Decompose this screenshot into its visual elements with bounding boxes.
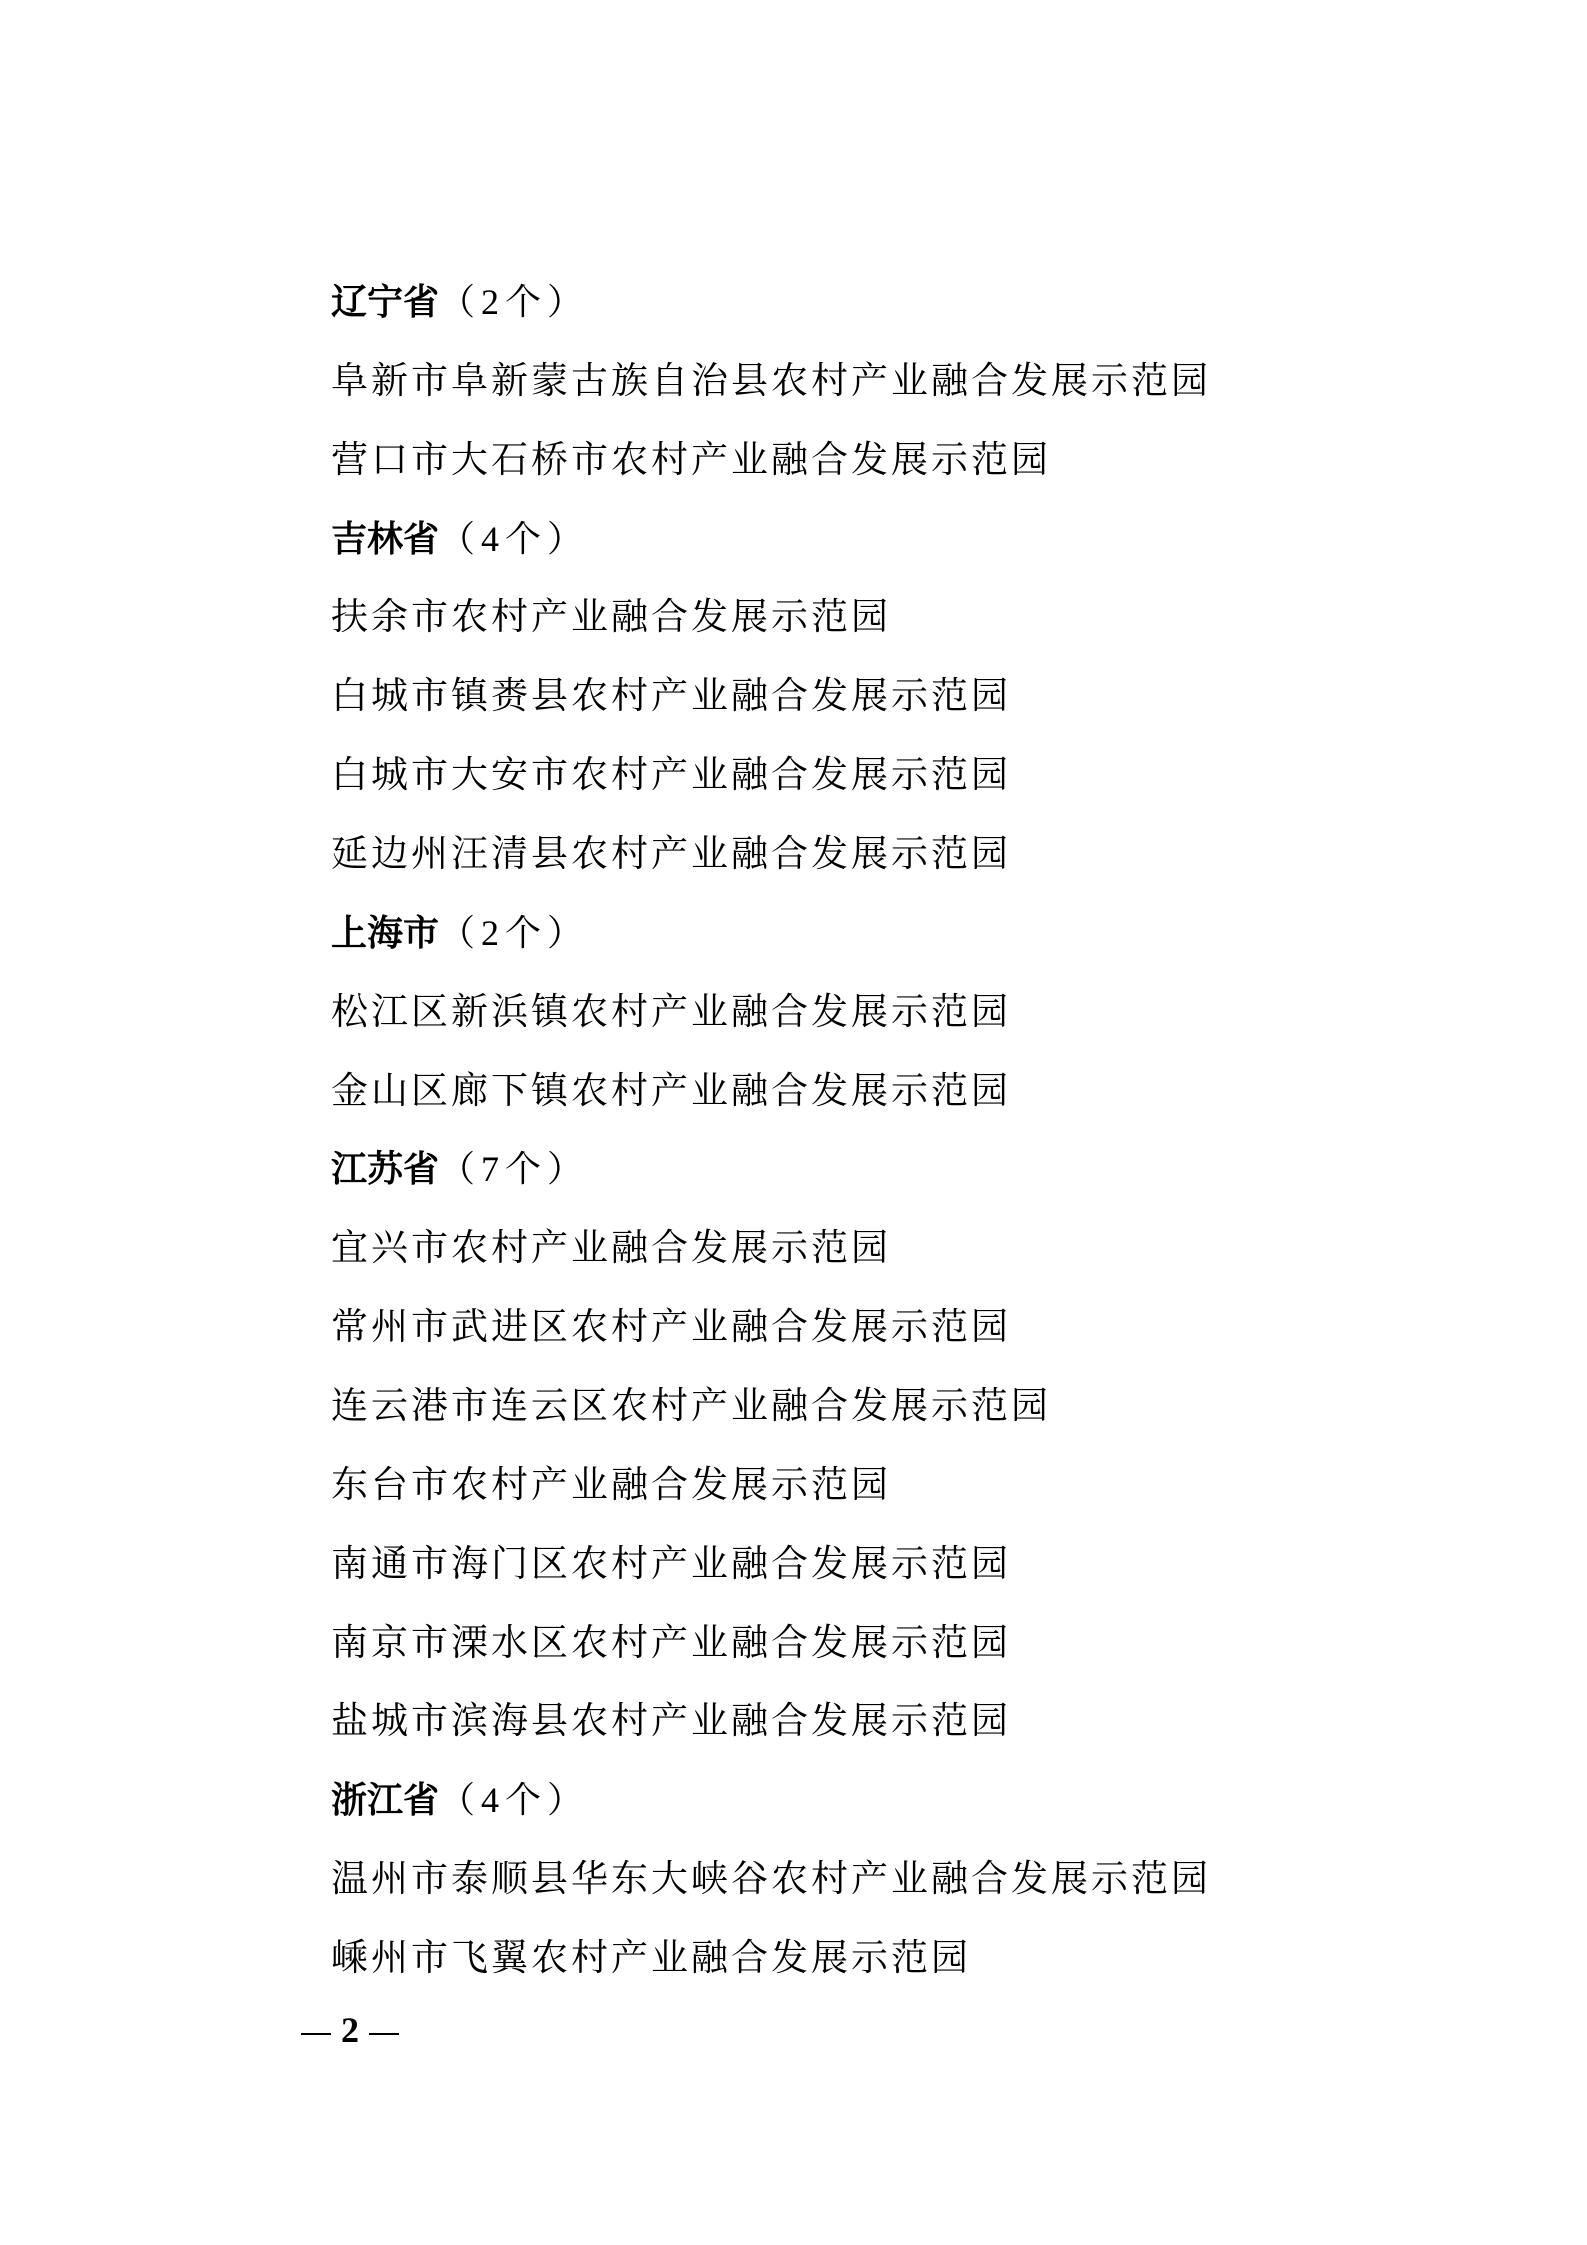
province-count: （4个）	[439, 519, 589, 559]
list-item: 温州市泰顺县华东大峡谷农村产业融合发展示范园	[331, 1840, 1431, 1919]
dash-left	[301, 2033, 331, 2035]
section-heading-jiangsu: 江苏省（7个）	[331, 1130, 1431, 1209]
province-count: （7个）	[439, 1149, 589, 1189]
list-item: 盐城市滨海县农村产业融合发展示范园	[331, 1682, 1431, 1761]
list-item: 南京市溧水区农村产业融合发展示范园	[331, 1604, 1431, 1683]
province-name: 辽宁省	[331, 282, 439, 323]
list-item: 营口市大石桥市农村产业融合发展示范园	[331, 421, 1431, 500]
list-item: 金山区廊下镇农村产业融合发展示范园	[331, 1052, 1431, 1131]
province-count: （2个）	[439, 282, 589, 322]
list-item: 阜新市阜新蒙古族自治县农村产业融合发展示范园	[331, 342, 1431, 421]
province-count: （4个）	[439, 1780, 589, 1820]
province-count: （2个）	[439, 913, 589, 953]
list-item: 白城市镇赉县农村产业融合发展示范园	[331, 657, 1431, 736]
section-heading-liaoning: 辽宁省（2个）	[331, 263, 1431, 342]
section-heading-shanghai: 上海市（2个）	[331, 894, 1431, 973]
section-heading-jilin: 吉林省（4个）	[331, 500, 1431, 579]
page-number-footer: 2	[291, 2008, 409, 2052]
dash-right	[369, 2033, 399, 2035]
province-name: 江苏省	[331, 1149, 439, 1190]
list-item: 松江区新浜镇农村产业融合发展示范园	[331, 973, 1431, 1052]
list-item: 南通市海门区农村产业融合发展示范园	[331, 1525, 1431, 1604]
park-list: 辽宁省（2个） 阜新市阜新蒙古族自治县农村产业融合发展示范园 营口市大石桥市农村…	[331, 263, 1431, 1998]
province-name: 上海市	[331, 913, 439, 954]
list-item: 宜兴市农村产业融合发展示范园	[331, 1209, 1431, 1288]
page-number: 2	[341, 2010, 359, 2050]
list-item: 扶余市农村产业融合发展示范园	[331, 578, 1431, 657]
province-name: 浙江省	[331, 1780, 439, 1821]
province-name: 吉林省	[331, 519, 439, 560]
section-heading-zhejiang: 浙江省（4个）	[331, 1761, 1431, 1840]
list-item: 常州市武进区农村产业融合发展示范园	[331, 1288, 1431, 1367]
list-item: 延边州汪清县农村产业融合发展示范园	[331, 815, 1431, 894]
list-item: 白城市大安市农村产业融合发展示范园	[331, 736, 1431, 815]
list-item: 嵊州市飞翼农村产业融合发展示范园	[331, 1919, 1431, 1998]
list-item: 连云港市连云区农村产业融合发展示范园	[331, 1367, 1431, 1446]
document-page: 辽宁省（2个） 阜新市阜新蒙古族自治县农村产业融合发展示范园 营口市大石桥市农村…	[0, 0, 1587, 2245]
list-item: 东台市农村产业融合发展示范园	[331, 1446, 1431, 1525]
